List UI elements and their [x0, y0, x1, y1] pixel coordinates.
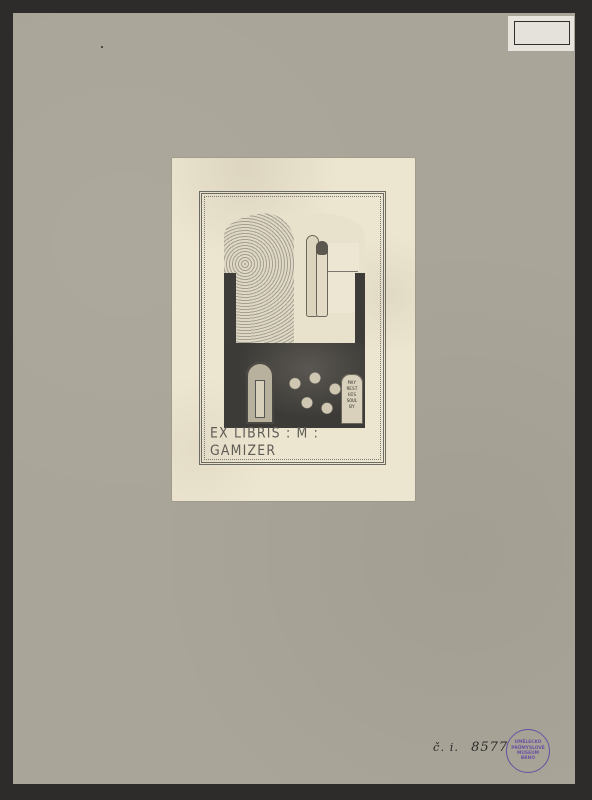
shrine-arch	[246, 362, 274, 424]
bookplate-card: MAY REST HIS SOUL BY EX LIBRIS : M : GAM…	[172, 158, 415, 501]
tombstone: MAY REST HIS SOUL BY	[341, 374, 363, 424]
dust-speck	[101, 46, 103, 48]
couple-figures	[304, 235, 332, 320]
shrine-figure	[255, 380, 265, 418]
figure-hair	[316, 241, 328, 255]
bookplate-border: MAY REST HIS SOUL BY EX LIBRIS : M : GAM…	[199, 191, 386, 465]
bookplate-illustration: MAY REST HIS SOUL BY	[224, 213, 365, 428]
museum-stamp: UMĚLECKO PRŮMYSLOVÉ MUSEUM BRNO	[506, 729, 550, 773]
accession-value: 8577	[471, 740, 508, 755]
accession-number: č. i.8577	[433, 740, 508, 755]
catalog-label-frame	[514, 21, 570, 45]
catalog-label	[508, 16, 574, 51]
ex-libris-inscription: EX LIBRIS : M : GAMIZER	[210, 428, 375, 453]
accession-prefix: č. i.	[433, 740, 459, 754]
stamp-line: BRNO	[521, 756, 535, 761]
